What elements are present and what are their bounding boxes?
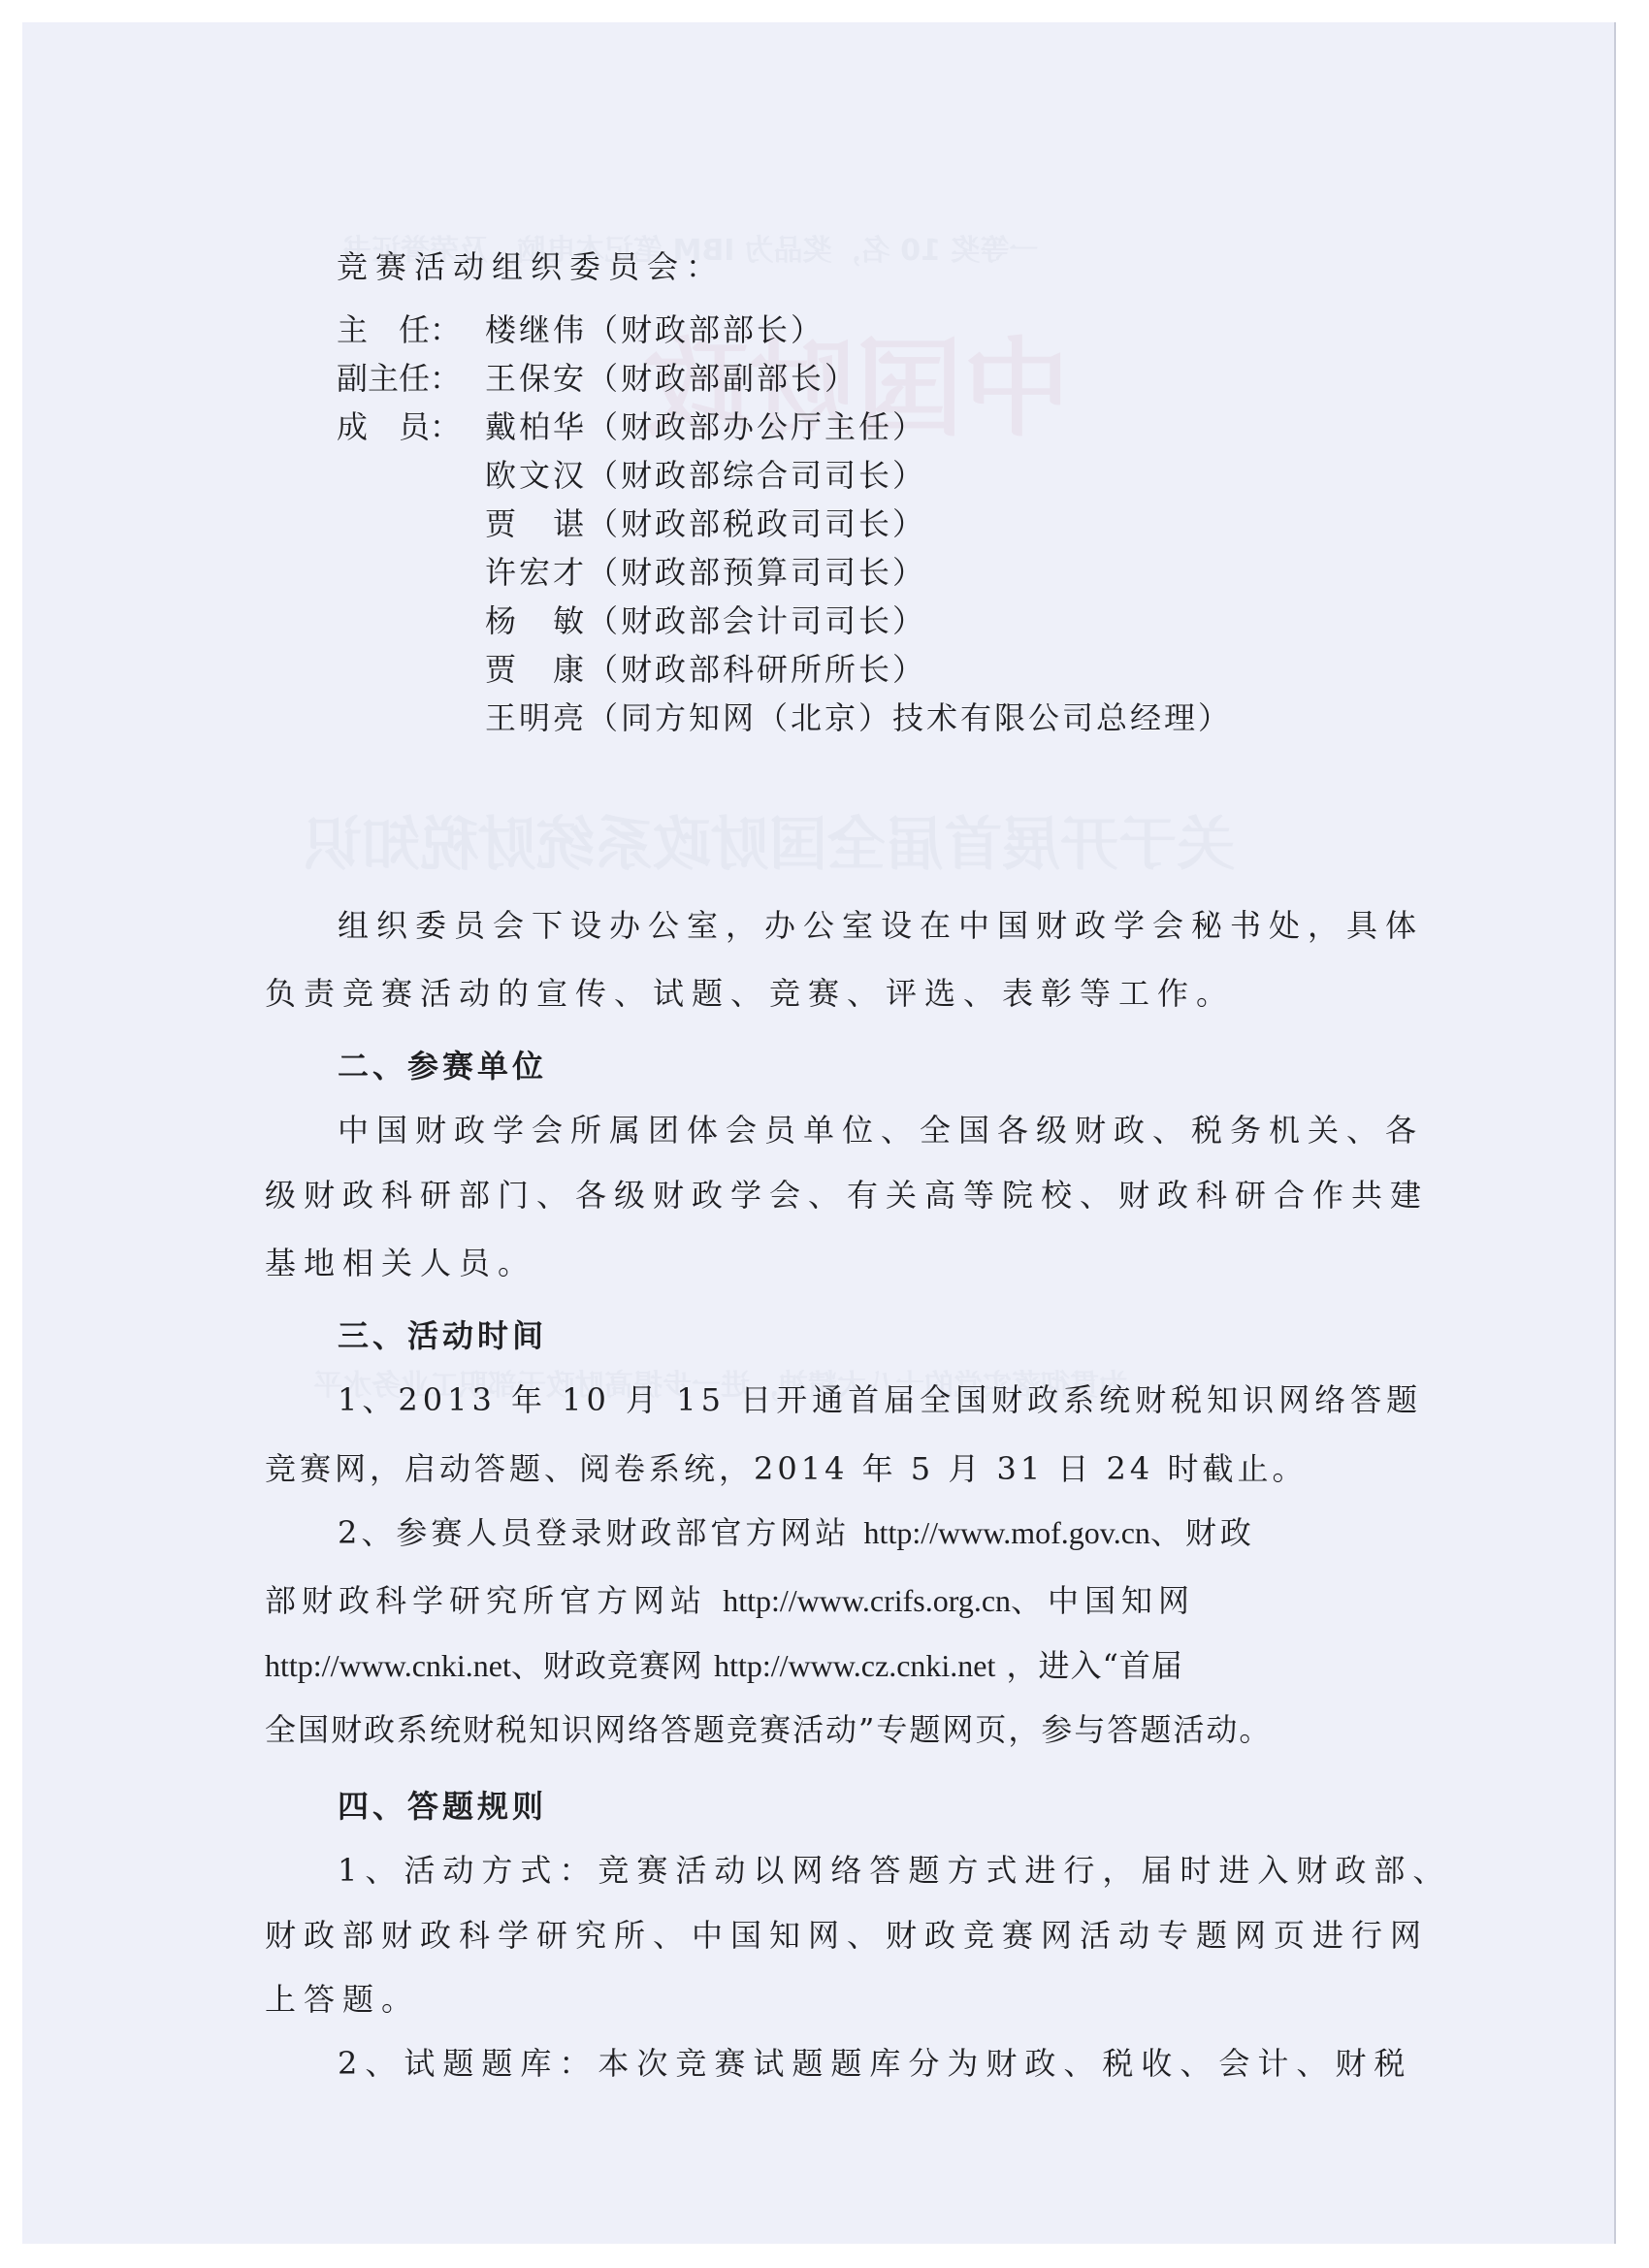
url-mof: http://www.mof.gov.cn xyxy=(864,1515,1150,1550)
body-text: 、财政竞赛网 xyxy=(511,1647,714,1684)
member-title: （财政部科研所所长） xyxy=(587,651,926,688)
section-body-line: 2、参赛人员登录财政部官方网站 http://www.mof.gov.cn、财政 xyxy=(338,1513,1255,1552)
member-name: 贾 康 xyxy=(485,651,587,688)
section-body-line: 竞赛网，启动答题、阅卷系统，2014 年 5 月 31 日 24 时截止。 xyxy=(265,1449,1373,1488)
roster-entry: 楼继伟（财政部部长） xyxy=(485,310,824,349)
body-text: 、中国知网 xyxy=(1011,1582,1195,1619)
member-name: 许宏才 xyxy=(485,554,587,591)
roster-entry: 许宏才（财政部预算司司长） xyxy=(485,553,926,592)
scanned-page: 一等奖 10 名，奖品为 IBM 笔记本电脑，及荣誉证书 中国财政 关于开展首届… xyxy=(22,22,1616,2244)
body-text: ，进入“首届 xyxy=(995,1647,1183,1684)
office-paragraph-line: 组织委员会下设办公室，办公室设在中国财政学会秘书处，具体 xyxy=(338,906,1424,945)
member-title: （财政部预算司司长） xyxy=(587,554,926,591)
member-title: （财政部部长） xyxy=(587,311,824,348)
section-body-line: 1、活动方式：竞赛活动以网络答题方式进行，届时进入财政部、 xyxy=(338,1851,1451,1890)
member-title: （财政部会计司司长） xyxy=(587,602,926,639)
roster-entry: 贾 康（财政部科研所所长） xyxy=(485,650,926,689)
roster-entry: 杨 敏（财政部会计司司长） xyxy=(485,601,926,640)
body-text: 部财政科学研究所官方网站 xyxy=(265,1582,723,1619)
bleed-through-title: 关于开展首届全国财政系统财税知识 xyxy=(304,798,1235,882)
roster-entry: 王保安（财政部副部长） xyxy=(485,359,858,398)
roster-entry: 欧文汉（财政部综合司司长） xyxy=(485,456,926,495)
section-body-line: 部财政科学研究所官方网站 http://www.crifs.org.cn、中国知… xyxy=(265,1581,1373,1620)
member-title: （财政部综合司司长） xyxy=(587,457,926,494)
url-cz-cnki: http://www.cz.cnki.net xyxy=(714,1648,995,1683)
member-title: （财政部税政司司长） xyxy=(587,505,926,542)
section-body-line: 全国财政系统财税知识网络答题竞赛活动”专题网页，参与答题活动。 xyxy=(265,1710,1373,1749)
body-text: 、财政 xyxy=(1150,1514,1255,1551)
section-heading: 三、活动时间 xyxy=(338,1316,547,1355)
section-body-line: 级财政科研部门、各级财政学会、有关高等院校、财政科研合作共建 xyxy=(265,1176,1373,1215)
section-body-line: 中国财政学会所属团体会员单位、全国各级财政、税务机关、各 xyxy=(338,1111,1424,1150)
member-name: 杨 敏 xyxy=(485,602,587,639)
member-name: 戴柏华 xyxy=(485,408,587,445)
member-name: 王明亮 xyxy=(485,699,587,736)
section-body-line: http://www.cnki.net、财政竞赛网 http://www.cz.… xyxy=(265,1646,1373,1685)
section-body-line: 2、试题题库：本次竞赛试题题库分为财政、税收、会计、财税 xyxy=(338,2044,1412,2083)
member-title: （同方知网（北京）技术有限公司总经理） xyxy=(587,699,1232,736)
member-name: 贾 谌 xyxy=(485,505,587,542)
member-title: （财政部办公厅主任） xyxy=(587,408,926,445)
committee-title: 竞赛活动组织委员会： xyxy=(337,247,725,286)
section-body-line: 1、2013 年 10 月 15 日开通首届全国财政系统财税知识网络答题 xyxy=(338,1380,1422,1419)
member-name: 欧文汉 xyxy=(485,457,587,494)
url-crifs: http://www.crifs.org.cn xyxy=(723,1583,1011,1618)
roster-entry: 戴柏华（财政部办公厅主任） xyxy=(485,407,926,446)
member-name: 王保安 xyxy=(485,360,587,397)
member-name: 楼继伟 xyxy=(485,311,587,348)
section-heading: 二、参赛单位 xyxy=(338,1047,547,1085)
roster-entry: 贾 谌（财政部税政司司长） xyxy=(485,504,926,543)
section-heading: 四、答题规则 xyxy=(338,1787,547,1826)
member-title: （财政部副部长） xyxy=(587,360,858,397)
url-cnki: http://www.cnki.net xyxy=(265,1648,511,1683)
section-body-line: 基地相关人员。 xyxy=(265,1244,1373,1282)
roster-entry: 王明亮（同方知网（北京）技术有限公司总经理） xyxy=(485,698,1232,737)
office-paragraph-line: 负责竞赛活动的宣传、试题、竞赛、评选、表彰等工作。 xyxy=(265,974,1373,1013)
roster-role: 成 员： xyxy=(337,407,482,446)
body-text: 2、参赛人员登录财政部官方网站 xyxy=(338,1514,864,1551)
section-body-line: 财政部财政科学研究所、中国知网、财政竞赛网活动专题网页进行网 xyxy=(265,1916,1373,1955)
section-body-line: 上答题。 xyxy=(265,1980,1373,2019)
roster-role: 主 任： xyxy=(337,310,482,349)
roster-role: 副主任： xyxy=(337,359,482,398)
